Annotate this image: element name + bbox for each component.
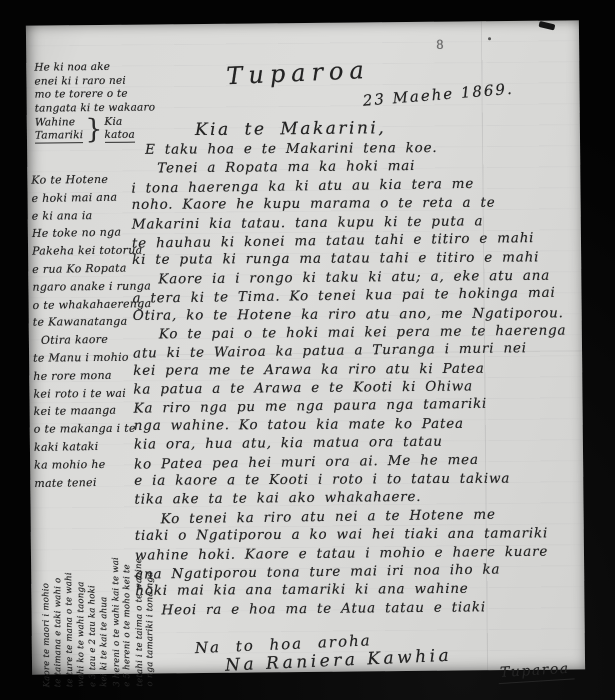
- margin-brace-item: katoa: [104, 128, 135, 143]
- page-number: 8: [436, 38, 444, 52]
- margin-note-line: ngaro anake i runga: [32, 277, 150, 296]
- letter-line: hoki mai kia ana tamariki ki ana wahine: [135, 580, 587, 601]
- letter-date: 23 Maehe 1869.: [362, 80, 514, 110]
- letter-line: e ia kaore a te Kooti i roto i to tatau …: [134, 470, 586, 491]
- margin-note-line: he rore mona: [33, 366, 151, 386]
- margin-note-line: o nga tamariki i tona nga: [145, 470, 157, 686]
- margin-note-line: He ki noa ake: [34, 60, 152, 75]
- margin-note-line: kei roto i te wai: [33, 384, 151, 403]
- corner-ink-mark: [538, 21, 555, 31]
- margin-brace-item: Kia: [104, 116, 135, 129]
- margin-note-top: He ki noa ake enei ki i raro nei mo te t…: [34, 60, 153, 143]
- margin-note-line: mo te torere o te: [35, 87, 153, 102]
- letter-salutation: Kia te Makarini,: [195, 118, 386, 140]
- ink-dot: [488, 37, 491, 40]
- margin-note-line: te Manu i mohio: [33, 348, 151, 367]
- margin-note-vertical: Kaore te maori i mohio te taimana e taki…: [40, 470, 158, 687]
- margin-note-line: e 5 hereni o te moho kei te: [122, 471, 134, 687]
- margin-note-line: wahi ko te wahi taonga: [76, 471, 88, 687]
- letter-line: E taku hoa e te Makarini tena koe.: [131, 139, 583, 160]
- margin-note-line: o te makanga i te: [34, 420, 152, 439]
- margin-note-line: enei ki i raro nei: [34, 74, 152, 89]
- margin-note-line: kaki kataki: [34, 437, 152, 457]
- margin-note-line: kei ki te kai te ahua: [99, 471, 111, 687]
- letter-line: Heoi ra e hoa ma te Atua tatau e tiaki: [135, 598, 587, 621]
- margin-note-side: Ko te Hotene e hoki mai ana e ki ana ia …: [31, 170, 152, 491]
- margin-note-line: Ko te Hotene: [31, 170, 149, 189]
- letter-line: noho. Kaore he kupu marama o te reta a t…: [132, 194, 584, 215]
- margin-note-line: Otira kaore: [33, 330, 151, 350]
- margin-note-line: Pakeha kei totorua: [32, 242, 150, 261]
- margin-note-line: te taimana e taki wahi o: [53, 471, 65, 687]
- letter-line: Otira, ko te Hotene ka riro atu ano, me …: [133, 305, 585, 326]
- letter-line: kei pera me te Arawa ka riro atu ki Pate…: [133, 360, 585, 381]
- margin-brace-group: Wahine Tamariki } Kia katoa: [35, 115, 153, 143]
- letter-line: tiaki o Ngatiporou a ko wai hei tiaki an…: [135, 525, 587, 546]
- letter-page: 8 Tuparoa 23 Maehe 1869. Kia te Makarini…: [26, 20, 585, 674]
- margin-note-line: te Kawanatanga: [33, 313, 151, 332]
- margin-note-line: e rua Ko Ropata: [32, 259, 150, 279]
- margin-note-line: e ki ana ia: [32, 206, 150, 225]
- margin-note-line: o te whakahaerenga: [32, 295, 150, 315]
- margin-note-line: He toke no nga: [32, 223, 150, 243]
- letter-place-heading: Tuparoa: [226, 56, 370, 90]
- margin-brace-item: Tamariki: [35, 129, 84, 144]
- margin-note-line: kei te maanga: [33, 401, 151, 421]
- margin-note-line: e hoki mai ana: [31, 188, 149, 208]
- letter-body: E taku hoa e te Makarini tena koe. Tenei…: [131, 138, 588, 620]
- margin-note-line: te ture te mana o te wahi: [63, 471, 77, 687]
- margin-brace-item: Wahine: [35, 116, 83, 129]
- margin-note-line: Kaore te maori i mohio: [40, 471, 54, 687]
- brace-icon: }: [85, 116, 102, 142]
- letter-line: nga wahine. Ko tatou kia mate ko Patea: [134, 415, 586, 436]
- letter-line: ki te puta ki runga ma tatau tahi e titi…: [132, 249, 584, 270]
